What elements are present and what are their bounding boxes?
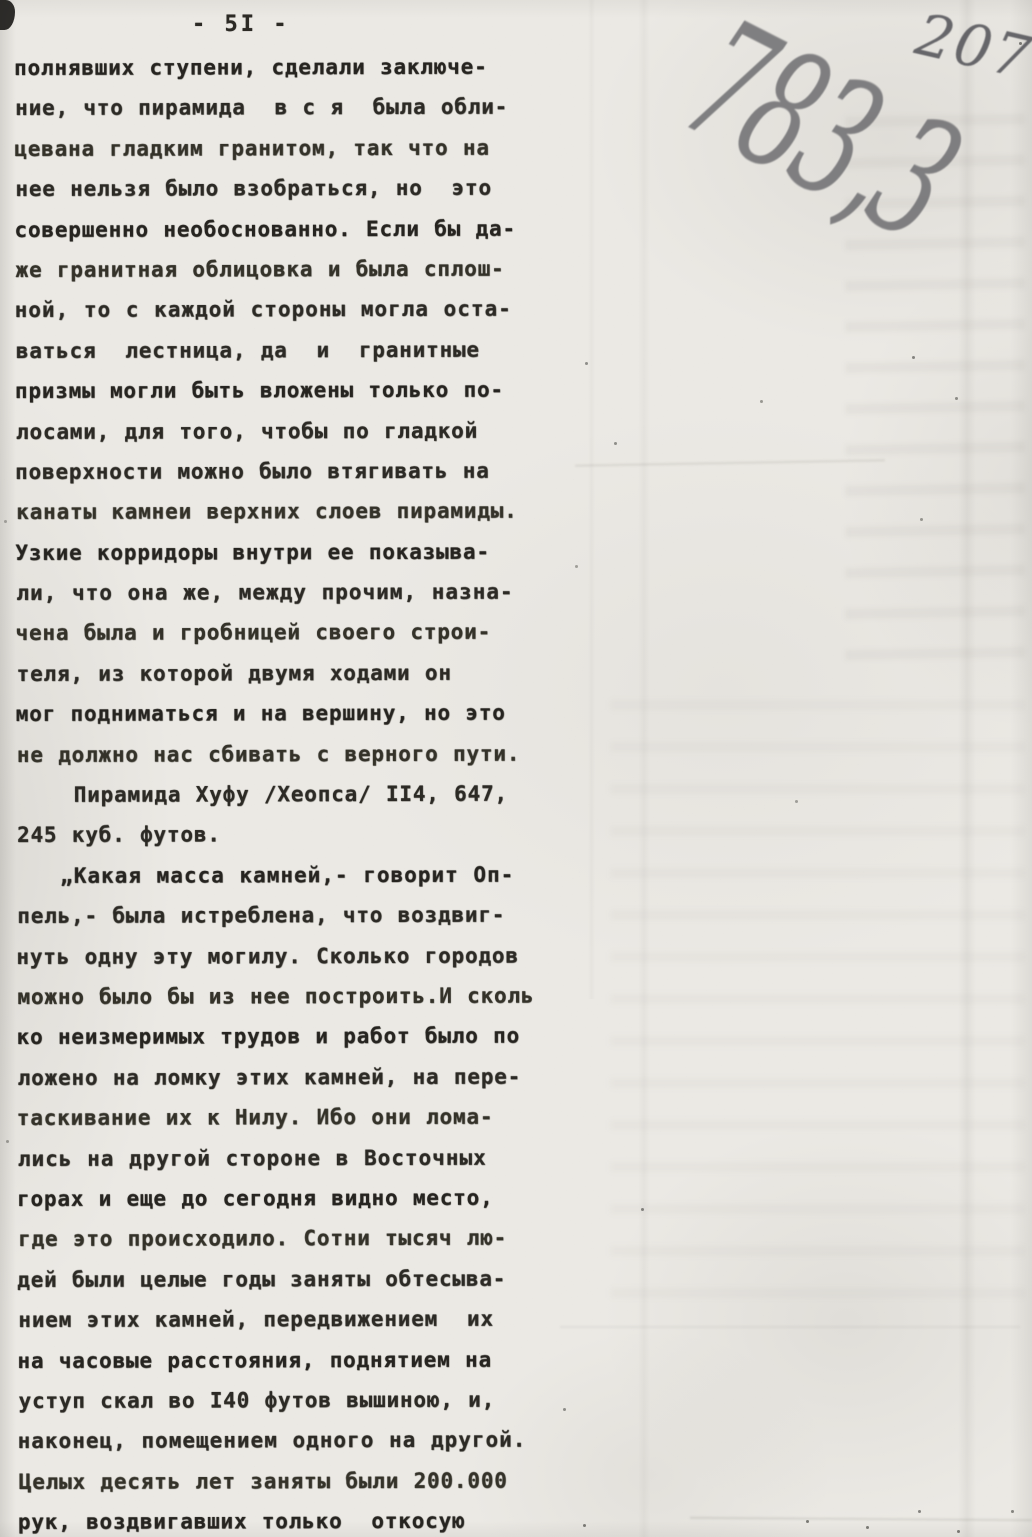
text-line: таскивание их к Нилу. Ибо они лома- xyxy=(17,1097,577,1139)
horizontal-crease xyxy=(690,1517,1032,1521)
text-line: 245 куб. футов. xyxy=(17,814,577,856)
text-line: призмы могли быть вложены только по- xyxy=(15,370,575,412)
text-line: чена была и гробницей своего строи- xyxy=(15,612,575,654)
text-line: Целых десять лет заняты были 200.000 xyxy=(19,1460,579,1502)
text-line: канаты камнеи верхних слоев пирамиды. xyxy=(16,491,576,533)
text-line: поверхности можно было втягивать на xyxy=(15,450,575,492)
text-line: ние, что пирамида в с я была обли- xyxy=(15,87,575,129)
corner-smudge xyxy=(0,0,15,30)
text-line: совершенно необоснованно. Если бы да- xyxy=(14,208,574,250)
text-line: ной, то с каждой стороны могла оста- xyxy=(15,289,575,331)
text-line: наконец, помещением одного на другой. xyxy=(18,1420,578,1462)
vertical-crease xyxy=(958,0,976,1537)
text-line: „Какая масса камней,- говорит Оп- xyxy=(16,854,576,896)
text-line: дей были целые годы заняты обтесыва- xyxy=(17,1258,577,1300)
text-line: на часовые расстояния, поднятием на xyxy=(17,1339,577,1381)
text-line: цевана гладким гранитом, так что на xyxy=(14,127,574,169)
text-line: лись на другой стороне в Восточных xyxy=(18,1137,578,1179)
text-line: можно было бы из нее построить.И сколь xyxy=(17,976,577,1018)
verso-text-bleedthrough xyxy=(610,700,1025,1320)
text-line: нее нельзя было взобраться, но это xyxy=(15,168,575,210)
text-line: мог подниматься и на вершину, но это xyxy=(16,693,576,735)
text-line: Пирамида Хуфу /Хеопса/ II4, 647, xyxy=(16,774,576,816)
horizontal-crease xyxy=(575,459,885,466)
vertical-crease xyxy=(588,0,595,999)
horizontal-crease xyxy=(560,1326,1020,1328)
text-line: не должно нас сбивать с верного пути. xyxy=(17,733,577,775)
text-line: теля, из которой двумя ходами он xyxy=(17,652,577,694)
text-line: нием этих камней, передвижением их xyxy=(18,1299,578,1341)
text-line: пель,- была истреблена, что воздвиг- xyxy=(17,895,577,937)
text-line: ложено на ломку этих камней, на пере- xyxy=(18,1056,578,1098)
text-line: рук, воздвигавших только откосую xyxy=(18,1501,578,1537)
text-line: уступ скал во I40 футов вышиною, и, xyxy=(18,1379,578,1421)
text-line: полнявших ступени, сделали заключе- xyxy=(14,47,574,89)
vertical-crease xyxy=(638,0,650,1537)
text-line: ли, что она же, между прочим, назна- xyxy=(16,572,576,614)
text-line: ко неизмеримых трудов и работ было по xyxy=(17,1016,577,1058)
text-line: Узкие корридоры внутри ее показыва- xyxy=(15,531,575,573)
text-line: нуть одну эту могилу. Сколько городов xyxy=(16,935,576,977)
page-number: - 5I - xyxy=(192,12,289,37)
text-line: ваться лестница, да и гранитные xyxy=(16,329,576,371)
text-line: горах и еще до сегодня видно место, xyxy=(17,1177,577,1219)
scanned-document-page: - 5I - 783,3 207 полнявших ступени, сдел… xyxy=(0,0,1032,1537)
text-line: лосами, для того, чтобы по гладкой xyxy=(16,410,576,452)
text-line: где это происходило. Сотни тысяч лю- xyxy=(18,1218,578,1260)
text-line: же гранитная облицовка и была сплош- xyxy=(16,248,576,290)
typewritten-text-block: полнявших ступени, сделали заключе-ние, … xyxy=(14,47,578,1537)
